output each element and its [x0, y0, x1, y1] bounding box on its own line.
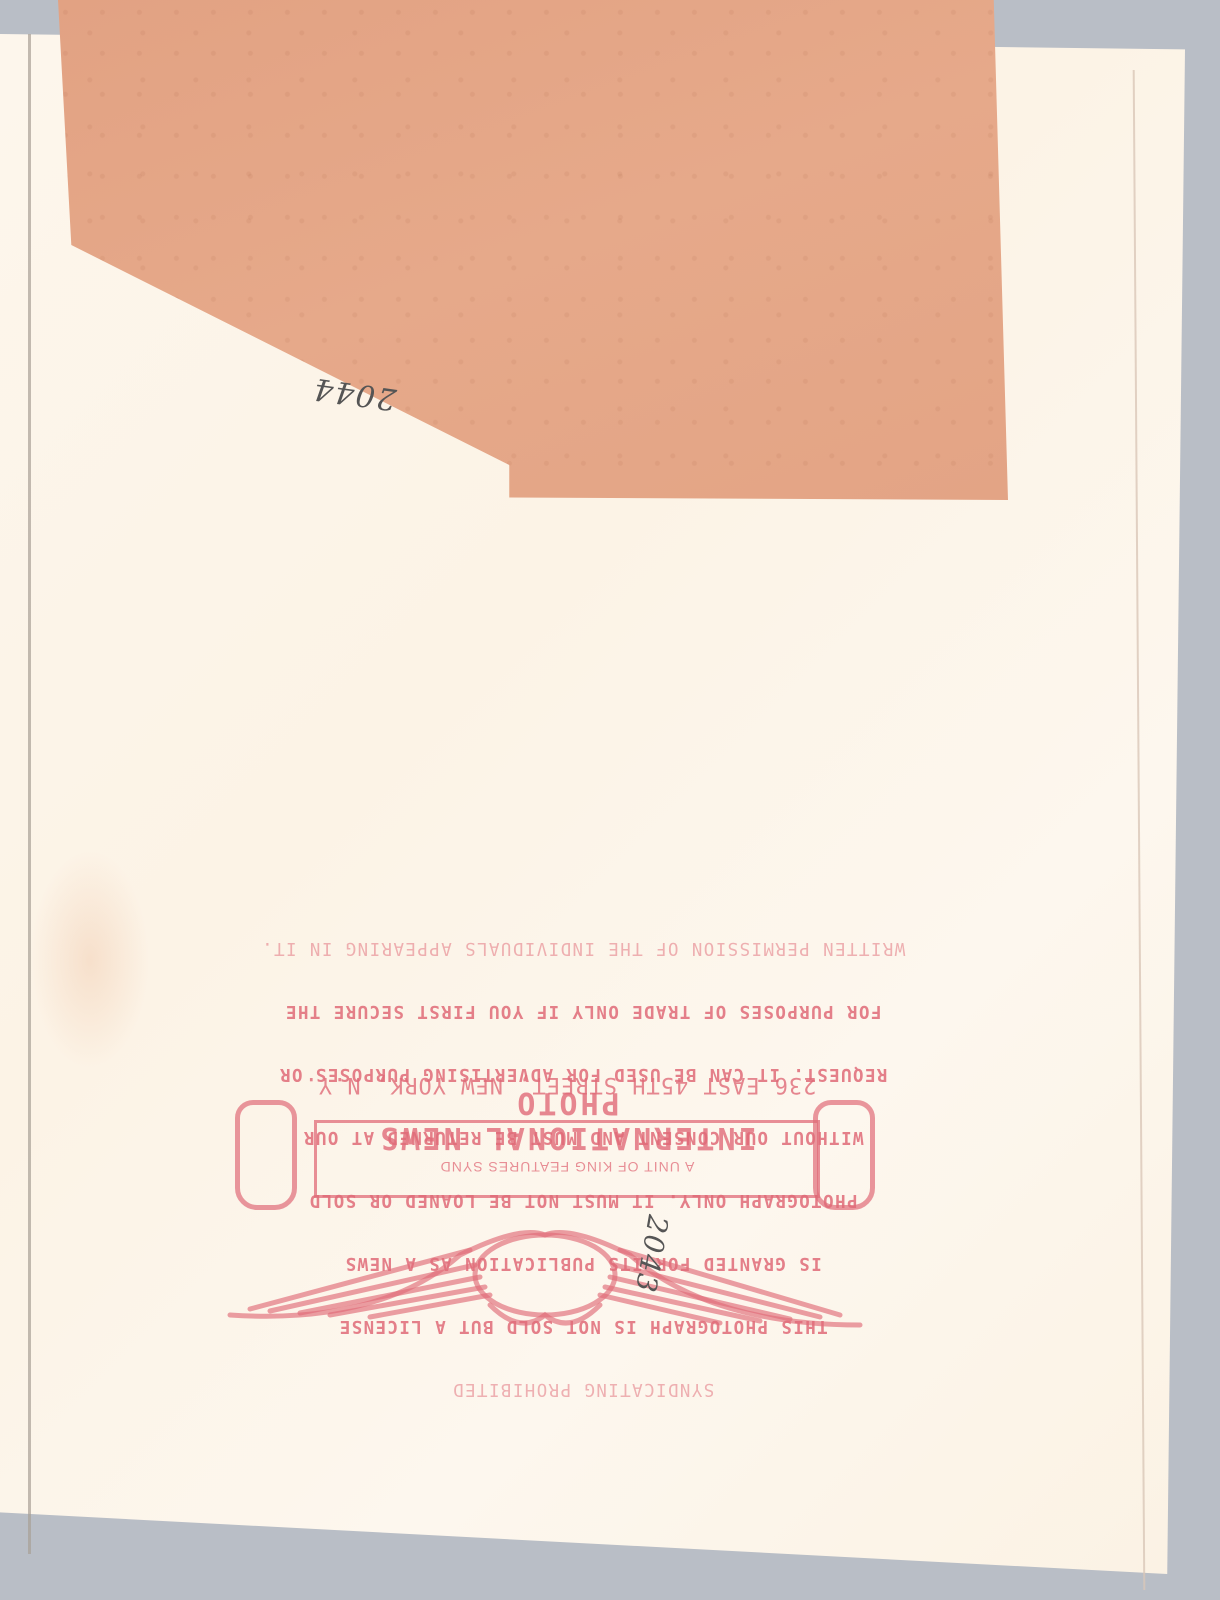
paper-stain	[30, 850, 150, 1070]
notice-line: WRITTEN PERMISSION OF THE INDIVIDUALS AP…	[218, 937, 948, 958]
agency-subtitle: A UNIT OF KING FEATURES SYND	[317, 1159, 817, 1175]
banner-frame: INTERNATIONAL NEWS PHOTO A UNIT OF KING …	[314, 1120, 820, 1198]
scanned-photo-back: 2044 SYNDICATING PROHIBITED THIS PHOTOGR…	[0, 0, 1220, 1600]
winged-emblem-icon	[220, 1215, 870, 1345]
notice-line: FOR PURPOSES OF TRADE ONLY IF YOU FIRST …	[218, 1000, 948, 1021]
notice-line: SYNDICATING PROHIBITED	[218, 1378, 948, 1399]
agency-title: INTERNATIONAL NEWS PHOTO	[317, 1085, 817, 1155]
scroll-end-icon	[813, 1100, 875, 1210]
left-paper-edge	[28, 34, 31, 1554]
agency-banner-stamp: INTERNATIONAL NEWS PHOTO A UNIT OF KING …	[235, 1100, 875, 1210]
scroll-end-icon	[235, 1100, 297, 1210]
